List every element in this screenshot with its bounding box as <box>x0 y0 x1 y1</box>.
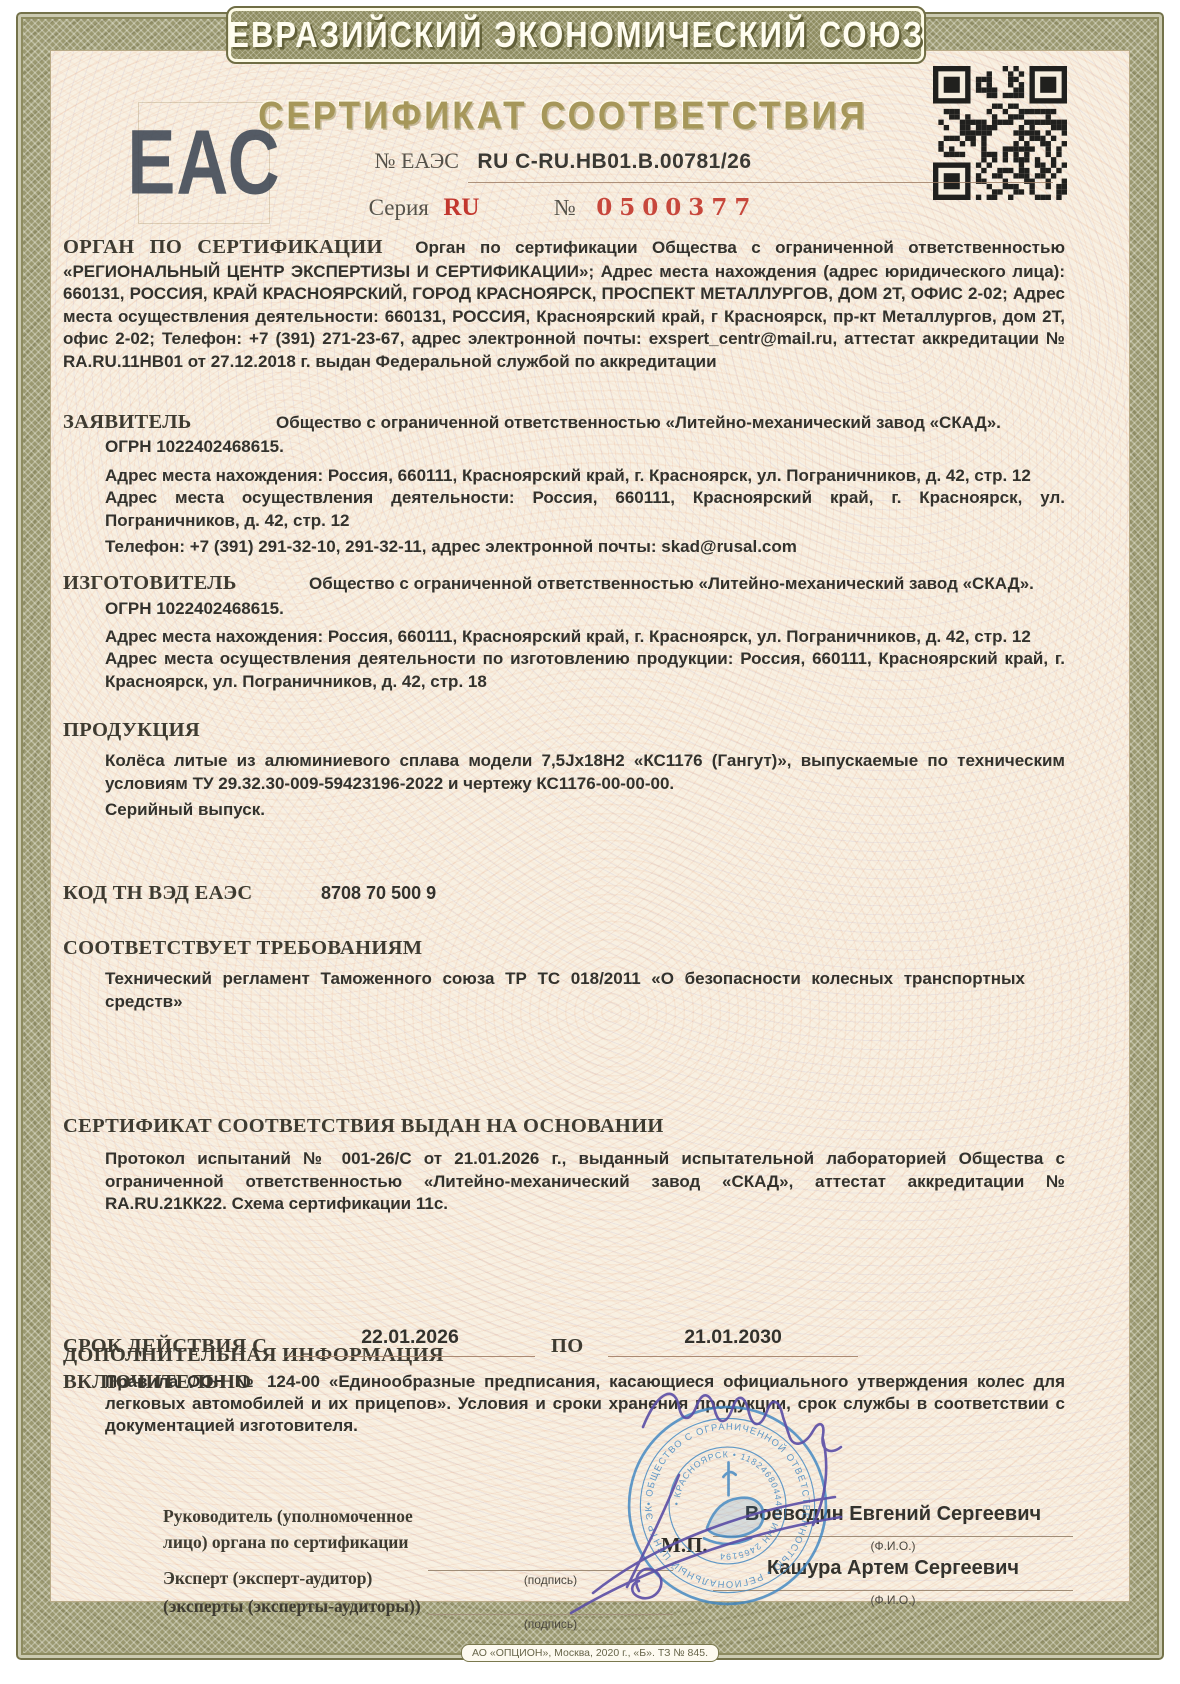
applicant-name: Общество с ограниченной ответственностью… <box>276 412 1001 434</box>
series-label: Серия <box>369 195 429 220</box>
expert-label-line1: Эксперт (эксперт-аудитор) <box>163 1565 372 1591</box>
applicant-activity-address: Адрес места осуществления деятельности: … <box>63 487 1065 532</box>
certification-body-heading: ОРГАН ПО СЕРТИФИКАЦИИ <box>63 236 383 258</box>
certificate-page: ЕВРАЗИЙСКИЙ ЭКОНОМИЧЕСКИЙ СОЮЗ ЕАС СЕРТИ… <box>0 0 1180 1684</box>
serial-number-sign: № <box>554 195 576 220</box>
doc-title: СЕРТИФИКАТ СООТВЕТСТВИЯ <box>258 94 868 139</box>
products-text: Колёса литые из алюминиевого сплава моде… <box>63 750 1065 795</box>
cert-number-value: RU C-RU.НВ01.В.00781/26 <box>477 150 751 173</box>
ink-signatures <box>443 1355 943 1635</box>
manufacturer-heading: ИЗГОТОВИТЕЛЬ <box>63 570 291 597</box>
manufacturer-activity-address: Адрес места осуществления деятельности п… <box>63 648 1065 693</box>
manufacturer-ogrn: ОГРН 1022402468615. <box>63 598 1065 620</box>
series-row: Серия RU № 0500377 <box>63 194 1063 222</box>
validity-signature-area: СРОК ДЕЙСТВИЯ С 22.01.2026 ПО 21.01.2030… <box>63 1325 1068 1660</box>
union-banner: ЕВРАЗИЙСКИЙ ЭКОНОМИЧЕСКИЙ СОЮЗ <box>228 8 924 62</box>
cert-number-row: № ЕАЭС RU C-RU.НВ01.В.00781/26 <box>63 148 1063 174</box>
head-signer-label: Руководитель (уполномоченное лицо) орган… <box>163 1503 448 1556</box>
print-info: АО «ОПЦИОН», Москва, 2020 г., «Б». ТЗ № … <box>461 1644 719 1662</box>
requirements-text: Технический регламент Таможенного союза … <box>63 968 1025 1013</box>
validity-to-date: 21.01.2030 <box>608 1326 858 1357</box>
applicant-ogrn: ОГРН 1022402468615. <box>63 436 1065 458</box>
cert-number-underline <box>468 182 1053 183</box>
validity-inclusive-label: ВКЛЮЧИТЕЛЬНО <box>63 1371 252 1394</box>
manufacturer-address: Адрес места нахождения: Россия, 660111, … <box>63 626 1065 648</box>
basis-heading: СЕРТИФИКАТ СООТВЕТСТВИЯ ВЫДАН НА ОСНОВАН… <box>63 1115 1065 1138</box>
applicant-section: ЗАЯВИТЕЛЬ Общество с ограниченной ответс… <box>63 409 1065 558</box>
validity-from-date: 22.01.2026 <box>285 1326 535 1357</box>
series-value: RU <box>443 194 479 221</box>
manufacturer-name: Общество с ограниченной ответственностью… <box>309 573 1034 595</box>
tnved-section: КОД ТН ВЭД ЕАЭС 8708 70 500 9 <box>63 882 1065 906</box>
certification-body-section: ОРГАН ПО СЕРТИФИКАЦИИ Орган по сертифика… <box>63 234 1065 373</box>
tnved-heading: КОД ТН ВЭД ЕАЭС <box>63 882 321 905</box>
products-serial-type: Серийный выпуск. <box>63 799 1065 821</box>
expert-label-line2: (эксперты (эксперты-аудиторы)) <box>163 1593 421 1619</box>
validity-from-label: СРОК ДЕЙСТВИЯ С <box>63 1335 267 1358</box>
serial-number-value: 0500377 <box>596 194 757 221</box>
requirements-section: СООТВЕТСТВУЕТ ТРЕБОВАНИЯМ Технический ре… <box>63 937 1065 1013</box>
basis-text: Протокол испытаний № 001-26/С от 21.01.2… <box>63 1148 1065 1215</box>
products-heading: ПРОДУКЦИЯ <box>63 719 1065 742</box>
applicant-address: Адрес места нахождения: Россия, 660111, … <box>63 465 1065 487</box>
requirements-heading: СООТВЕТСТВУЕТ ТРЕБОВАНИЯМ <box>63 937 1065 960</box>
tnved-code: 8708 70 500 9 <box>321 882 436 906</box>
cert-number-label: № ЕАЭС <box>374 148 458 173</box>
doc-title-row: СЕРТИФИКАТ СООТВЕТСТВИЯ <box>63 96 1063 136</box>
certificate-body: ОРГАН ПО СЕРТИФИКАЦИИ Орган по сертифика… <box>63 234 1065 1438</box>
union-title: ЕВРАЗИЙСКИЙ ЭКОНОМИЧЕСКИЙ СОЮЗ <box>228 14 924 56</box>
basis-section: СЕРТИФИКАТ СООТВЕТСТВИЯ ВЫДАН НА ОСНОВАН… <box>63 1115 1065 1215</box>
manufacturer-section: ИЗГОТОВИТЕЛЬ Общество с ограниченной отв… <box>63 570 1065 693</box>
products-section: ПРОДУКЦИЯ Колёса литые из алюминиевого с… <box>63 719 1065 821</box>
applicant-heading: ЗАЯВИТЕЛЬ <box>63 409 258 436</box>
applicant-phone: Телефон: +7 (391) 291-32-10, 291-32-11, … <box>63 536 1065 558</box>
